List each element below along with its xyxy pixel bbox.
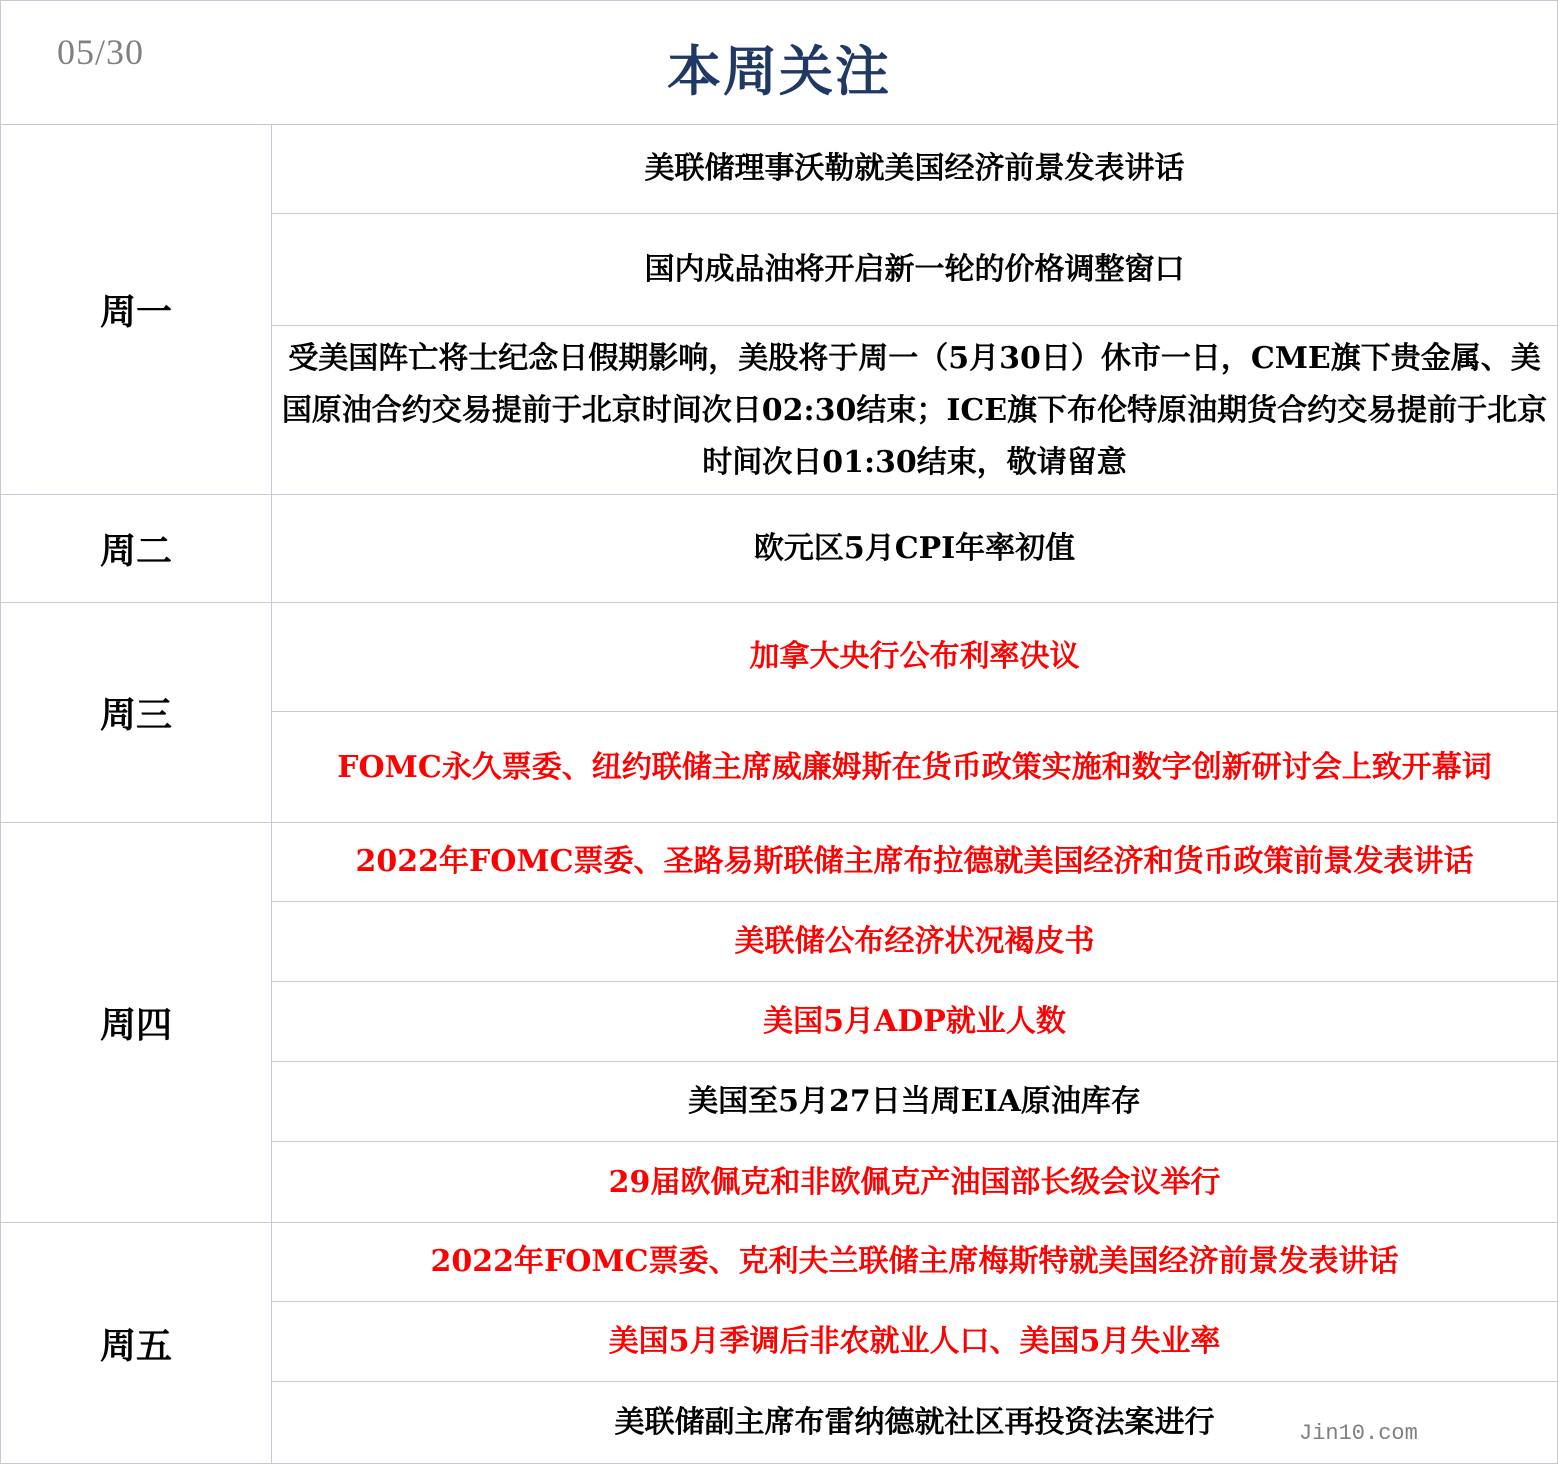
event-list-monday: 美联储理事沃勒就美国经济前景发表讲话 国内成品油将开启新一轮的价格调整窗口 受美… [272,125,1557,494]
event-item: 美联储公布经济状况褐皮书 [272,903,1557,982]
day-label-wednesday: 周三 [1,603,272,822]
event-item: 美国5月季调后非农就业人口、美国5月失业率 [272,1303,1557,1382]
day-label-thursday: 周四 [1,823,272,1222]
day-group-monday: 周一 美联储理事沃勒就美国经济前景发表讲话 国内成品油将开启新一轮的价格调整窗口… [1,125,1557,495]
event-item: 欧元区5月CPI年率初值 [272,495,1557,602]
watermark: Jin10.com [1299,1421,1418,1446]
day-label-monday: 周一 [1,125,272,494]
event-item: 2022年FOMC票委、克利夫兰联储主席梅斯特就美国经济前景发表讲话 [272,1223,1557,1302]
day-group-tuesday: 周二 欧元区5月CPI年率初值 [1,495,1557,603]
day-group-wednesday: 周三 加拿大央行公布利率决议 FOMC永久票委、纽约联储主席威廉姆斯在货币政策实… [1,603,1557,823]
event-item: 国内成品油将开启新一轮的价格调整窗口 [272,215,1557,326]
weekly-focus-table: 05/30 本周关注 周一 美联储理事沃勒就美国经济前景发表讲话 国内成品油将开… [0,0,1558,1464]
event-list-wednesday: 加拿大央行公布利率决议 FOMC永久票委、纽约联储主席威廉姆斯在货币政策实施和数… [272,603,1557,822]
event-list-tuesday: 欧元区5月CPI年率初值 [272,495,1557,602]
event-item: 美国5月ADP就业人数 [272,983,1557,1062]
event-item: 受美国阵亡将士纪念日假期影响，美股将于周一（5月30日）休市一日，CME旗下贵金… [272,327,1557,494]
page-title: 本周关注 [1,29,1557,106]
day-label-tuesday: 周二 [1,495,272,602]
event-list-thursday: 2022年FOMC票委、圣路易斯联储主席布拉德就美国经济和货币政策前景发表讲话 … [272,823,1557,1222]
event-item: FOMC永久票委、纽约联储主席威廉姆斯在货币政策实施和数字创新研讨会上致开幕词 [272,713,1557,822]
event-item: 29届欧佩克和非欧佩克产油国部长级会议举行 [272,1143,1557,1222]
day-group-thursday: 周四 2022年FOMC票委、圣路易斯联储主席布拉德就美国经济和货币政策前景发表… [1,823,1557,1223]
event-item: 加拿大央行公布利率决议 [272,603,1557,712]
event-item: 美联储理事沃勒就美国经济前景发表讲话 [272,125,1557,214]
event-item: 2022年FOMC票委、圣路易斯联储主席布拉德就美国经济和货币政策前景发表讲话 [272,823,1557,902]
day-label-friday: 周五 [1,1223,272,1463]
event-item: 美国至5月27日当周EIA原油库存 [272,1063,1557,1142]
header: 05/30 本周关注 [1,1,1557,125]
